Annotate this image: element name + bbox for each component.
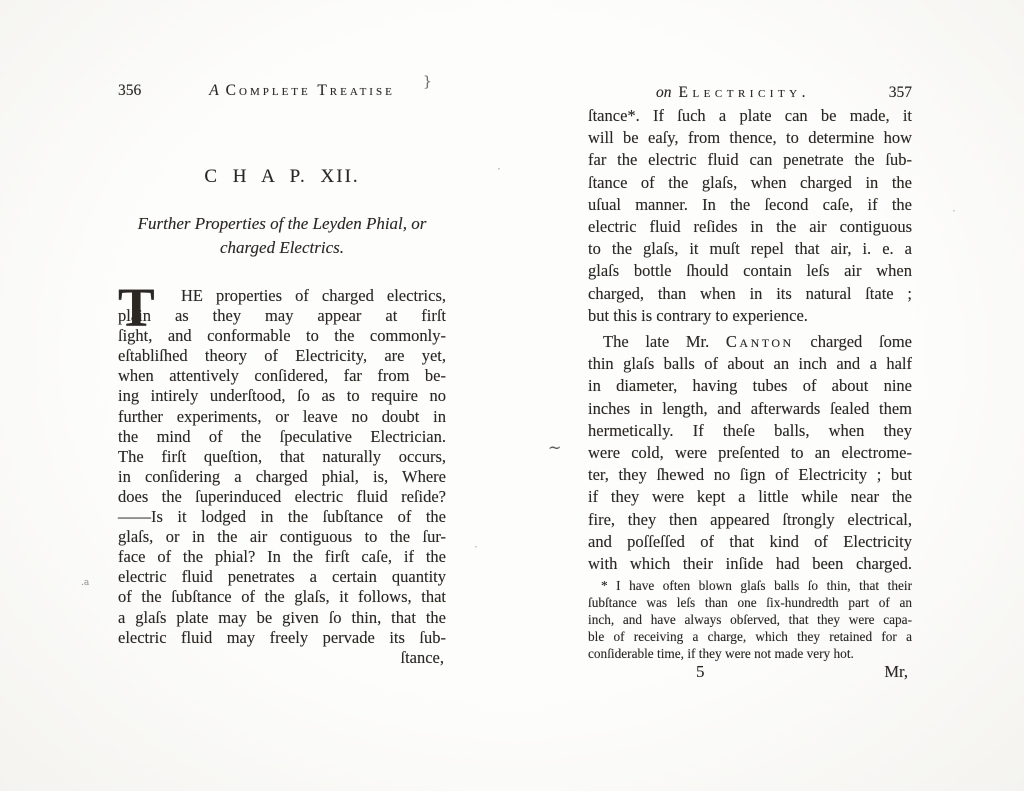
text-line: inches in length, and afterwards ſealed … xyxy=(588,398,912,420)
scan-artifact: .a xyxy=(81,578,89,588)
left-running-head: 356 AComplete Treatise xyxy=(118,82,446,100)
text-line: electric fluid penetrates a certain quan… xyxy=(118,567,446,587)
text-line: with which their inſide had been charged… xyxy=(588,553,912,575)
running-title-text: Complete Treatise xyxy=(226,82,395,99)
text-line: charged, than when in its natural ſtate … xyxy=(588,283,912,305)
text-line: ſtance*. If ſuch a plate can be made, it xyxy=(588,105,912,127)
text-line: HE properties of charged electrics, xyxy=(118,286,446,306)
text-line: face of the phial? In the firſt caſe, if… xyxy=(118,547,446,567)
text-line: inch, and have always obſerved, that the… xyxy=(588,611,912,628)
right-page: onElectricity. 357 ſtance*. If ſuch a pl… xyxy=(588,75,912,682)
text-line: ſtance of the glaſs, when charged in the xyxy=(588,172,912,194)
scanned-book-spread: { "ink_color": "#2b2823", "left_page": {… xyxy=(0,0,1024,791)
text-line: glaſs, or in the air contiguous to the ſ… xyxy=(118,527,446,547)
canton-sentence-suffix: charged ſome xyxy=(794,332,912,351)
right-catchword: Mr, xyxy=(884,662,912,682)
drop-cap: T xyxy=(118,287,155,328)
text-line: * I have often blown glaſs balls ſo thin… xyxy=(588,577,912,594)
text-line: plain as they may appear at firſt xyxy=(118,306,446,326)
text-line: glaſs bottle ſhould contain leſs air whe… xyxy=(588,260,912,282)
right-page-number: 357 xyxy=(878,84,912,102)
paragraph-2-first-line: The late Mr. Canton charged ſome xyxy=(588,331,912,353)
left-page-number: 356 xyxy=(118,82,158,100)
text-line: conſiderable time, if they were not made… xyxy=(588,645,912,662)
text-line: The firſt queſtion, that naturally occur… xyxy=(118,447,446,467)
right-running-title: onElectricity. xyxy=(588,84,878,102)
text-line: does the ſuperinduced electric fluid reſ… xyxy=(118,487,446,507)
text-line: will be eaſy, from thence, to determine … xyxy=(588,127,912,149)
text-line: in conſidering a charged phial, is, Wher… xyxy=(118,467,446,487)
text-line: electric fluid reſides in the air contig… xyxy=(588,216,912,238)
running-title-preposition: on xyxy=(656,84,672,101)
text-line: the mind of the ſpeculative Electrician. xyxy=(118,427,446,447)
text-line: ble of receiving a charge, which they re… xyxy=(588,628,912,645)
running-title-article: A xyxy=(209,82,218,99)
text-line: if they were kept a little while near th… xyxy=(588,486,912,508)
text-line: hermetically. If theſe balls, when they xyxy=(588,420,912,442)
text-line: Further Properties of the Leyden Phial, … xyxy=(118,212,446,236)
text-line: but this is contrary to experience. xyxy=(588,305,912,327)
text-line: and poſſeſſed of that kind of Electricit… xyxy=(588,531,912,553)
left-page: 356 AComplete Treatise C H A P. XII. Fur… xyxy=(118,75,446,668)
text-line: ter, they ſhewed no ſign of Electricity … xyxy=(588,464,912,486)
text-line: ——Is it lodged in the ſubſtance of the xyxy=(118,507,446,527)
scan-artifact: · xyxy=(474,540,478,554)
running-title-text: Electricity. xyxy=(678,84,810,101)
page-foot-row: 5 Mr, xyxy=(588,662,912,682)
right-paragraph-1: ſtance*. If ſuch a plate can be made, it… xyxy=(588,105,912,327)
left-body-paragraph: T HE properties of charged electrics,pla… xyxy=(118,286,446,648)
chapter-subtitle: Further Properties of the Leyden Phial, … xyxy=(118,212,446,260)
text-line: in diameter, having tubes of about nine xyxy=(588,375,912,397)
paragraph-2-lines: thin glaſs balls of about an inch and a … xyxy=(588,353,912,575)
text-line: far the electric fluid can penetrate the… xyxy=(588,149,912,171)
scan-artifact: ~ xyxy=(548,438,561,457)
text-line: when attentively conſidered, far from be… xyxy=(118,366,446,386)
scan-artifact: · xyxy=(952,204,956,218)
text-line: ſubſtance was leſs than one ſix-hundredt… xyxy=(588,594,912,611)
chapter-heading: C H A P. XII. xyxy=(118,166,446,188)
text-line: ſight, and conformable to the commonly- xyxy=(118,326,446,346)
left-running-title: AComplete Treatise xyxy=(158,82,446,100)
text-line: charged Electrics. xyxy=(118,236,446,260)
right-running-head: onElectricity. 357 xyxy=(588,84,912,102)
right-paragraph-2: The late Mr. Canton charged ſome thin gl… xyxy=(588,331,912,575)
signature-mark: 5 xyxy=(588,662,705,682)
text-line: electric fluid may freely pervade its ſu… xyxy=(118,628,446,648)
text-line: to the glaſs, it muſt repel that air, i.… xyxy=(588,238,912,260)
footnote: * I have often blown glaſs balls ſo thin… xyxy=(588,577,912,662)
text-line: fire, they then appeared ſtrongly electr… xyxy=(588,509,912,531)
text-line: further experiments, or leave no doubt i… xyxy=(118,407,446,427)
text-line: uſual manner. In the ſecond caſe, if the xyxy=(588,194,912,216)
text-line: of the ſubſtance of the glaſs, it follow… xyxy=(118,587,446,607)
text-line: ing intirely underſtood, ſo as to requir… xyxy=(118,386,446,406)
text-line: a glaſs plate may be given ſo thin, that… xyxy=(118,608,446,628)
canton-name: Canton xyxy=(726,332,794,351)
left-catchword: ſtance, xyxy=(118,648,446,668)
canton-sentence-prefix: The late Mr. xyxy=(603,332,726,351)
text-line: were cold, were preſented to an electrom… xyxy=(588,442,912,464)
text-line: eſtabliſhed theory of Electricity, are y… xyxy=(118,346,446,366)
text-line: thin glaſs balls of about an inch and a … xyxy=(588,353,912,375)
scan-artifact: · xyxy=(497,162,501,176)
